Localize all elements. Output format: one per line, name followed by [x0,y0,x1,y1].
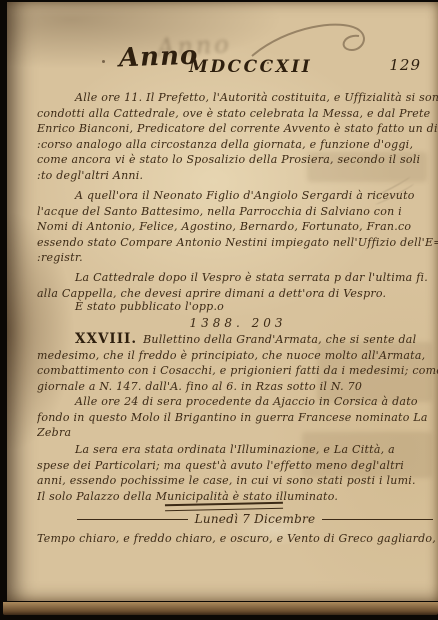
manuscript-line-text: Bullettino della Grand'Armata, che si se… [143,333,416,346]
paragraph-celebration: Alle ore 11. Il Prefetto, l'Autorità cos… [37,90,438,183]
manuscript-line: :registr. [37,250,438,266]
manuscript-line: essendo stato Compare Antonio Nestini im… [37,235,438,251]
manuscript-line: come ancora vi è stato lo Sposalizio del… [37,152,438,168]
manuscript-line: Alle ore 24 di sera procedente da Ajacci… [37,394,438,410]
date-rule-left [77,519,188,520]
manuscript-line: Zebra [37,425,438,441]
date-heading-row: Lunedì 7 Dicembre [77,512,433,528]
manuscript-line: La Cattedrale dopo il Vespro è stata ser… [37,270,438,286]
manuscript-line: Enrico Bianconi, Predicatore del corrent… [37,121,438,137]
manuscript-line: XXVIII.Bullettino della Grand'Armata, ch… [37,332,438,348]
manuscript-line: Alle ore 11. Il Prefetto, l'Autorità cos… [37,90,438,106]
manuscript-line: condotti alla Cattedrale, ove è stato ce… [37,106,438,122]
manuscript-line: Nomi di Antonio, Felice, Agostino, Berna… [37,219,438,235]
manuscript-photo: Anno Anno MDCCCXII 129 Alle ore 11. Il P… [0,0,438,620]
date-rule-right [322,519,433,520]
manuscript-line: :corso analogo alla circostanza della gi… [37,137,438,153]
ink-speck [102,60,105,63]
page-header: Anno Anno MDCCCXII 129 [37,50,435,84]
manuscript-line: La sera era stata ordinata l'Illuminazio… [37,442,438,458]
paragraph-publication: È stato pubblicato l'opp.o [37,299,438,315]
manuscript-line: anni, essendo pochissime le case, in cui… [37,473,438,489]
manuscript-line: combattimento con i Cosacchi, e prigioni… [37,363,438,379]
manuscript-line: medesimo, che il freddo è principiato, c… [37,348,438,364]
entry-roman-numeral: XXVIII. [75,332,143,347]
publication-numbers: 1388. 203 [37,316,438,332]
ink-speck [267,62,269,64]
manuscript-line: spese dei Particolari; ma quest'à avuto … [37,458,438,474]
paragraph-ship: Alle ore 24 di sera procedente da Ajacci… [37,394,438,441]
book-bottom-edge [3,602,438,615]
year-title-roman: MDCCCXII [189,57,312,77]
manuscript-line: :to degl'altri Anni. [37,168,438,184]
manuscript-line: Il solo Palazzo della Municipalità è sta… [37,489,438,505]
section-divider-double-rule [165,502,283,511]
manuscript-line: È stato pubblicato l'opp.o [37,299,438,315]
paragraph-illumination: La sera era stata ordinata l'Illuminazio… [37,442,438,504]
manuscript-line: fondo in questo Molo il Brigantino in gu… [37,410,438,426]
paragraph-cathedral: La Cattedrale dopo il Vespro è stata ser… [37,270,438,301]
folio-page-number: 129 [389,58,421,74]
paragraph-bulletin: XXVIII.Bullettino della Grand'Armata, ch… [37,332,438,394]
manuscript-line: giornale a N. 147. dall'A. fino al 6. in… [37,379,438,395]
year-title-script: Anno [119,49,199,67]
manuscript-page: Anno Anno MDCCCXII 129 Alle ore 11. Il P… [7,2,438,601]
date-heading: Lunedì 7 Dicembre [195,512,316,528]
weather-line: Tempo chiaro, e freddo chiaro, e oscuro,… [37,531,438,547]
